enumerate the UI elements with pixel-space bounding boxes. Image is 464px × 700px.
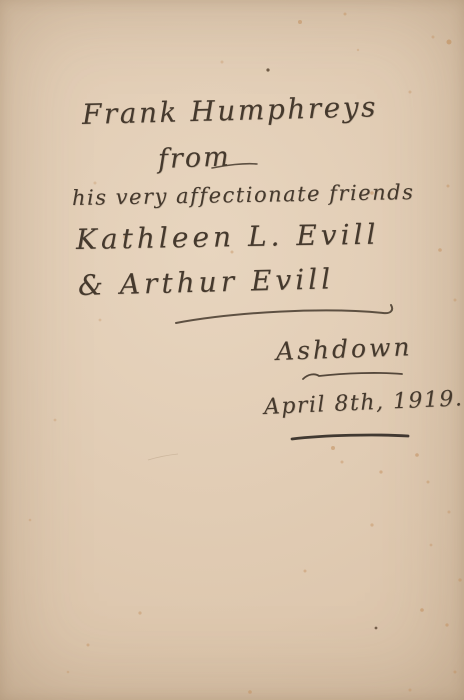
inscription-from-line: from	[157, 141, 231, 175]
inscription-signer1-line: Kathleen L. Evill	[76, 218, 380, 256]
inscription-place-line: Ashdown	[275, 332, 412, 366]
inscription-dedication-line: his very affectionate friends	[72, 180, 415, 210]
ashdown-underline-stroke	[303, 373, 402, 379]
date-underline-stroke	[292, 435, 408, 439]
signature-flourish-stroke	[176, 305, 392, 323]
inscription-recipient-line: Frank Humphreys	[82, 90, 379, 131]
inscription-date-line: April 8th, 1919.	[263, 386, 463, 420]
book-endpaper-page: Frank Humphreys from his very affectiona…	[0, 0, 464, 700]
paper-scratch	[148, 454, 178, 460]
inscription-signer2-line: & Arthur Evill	[78, 262, 335, 302]
